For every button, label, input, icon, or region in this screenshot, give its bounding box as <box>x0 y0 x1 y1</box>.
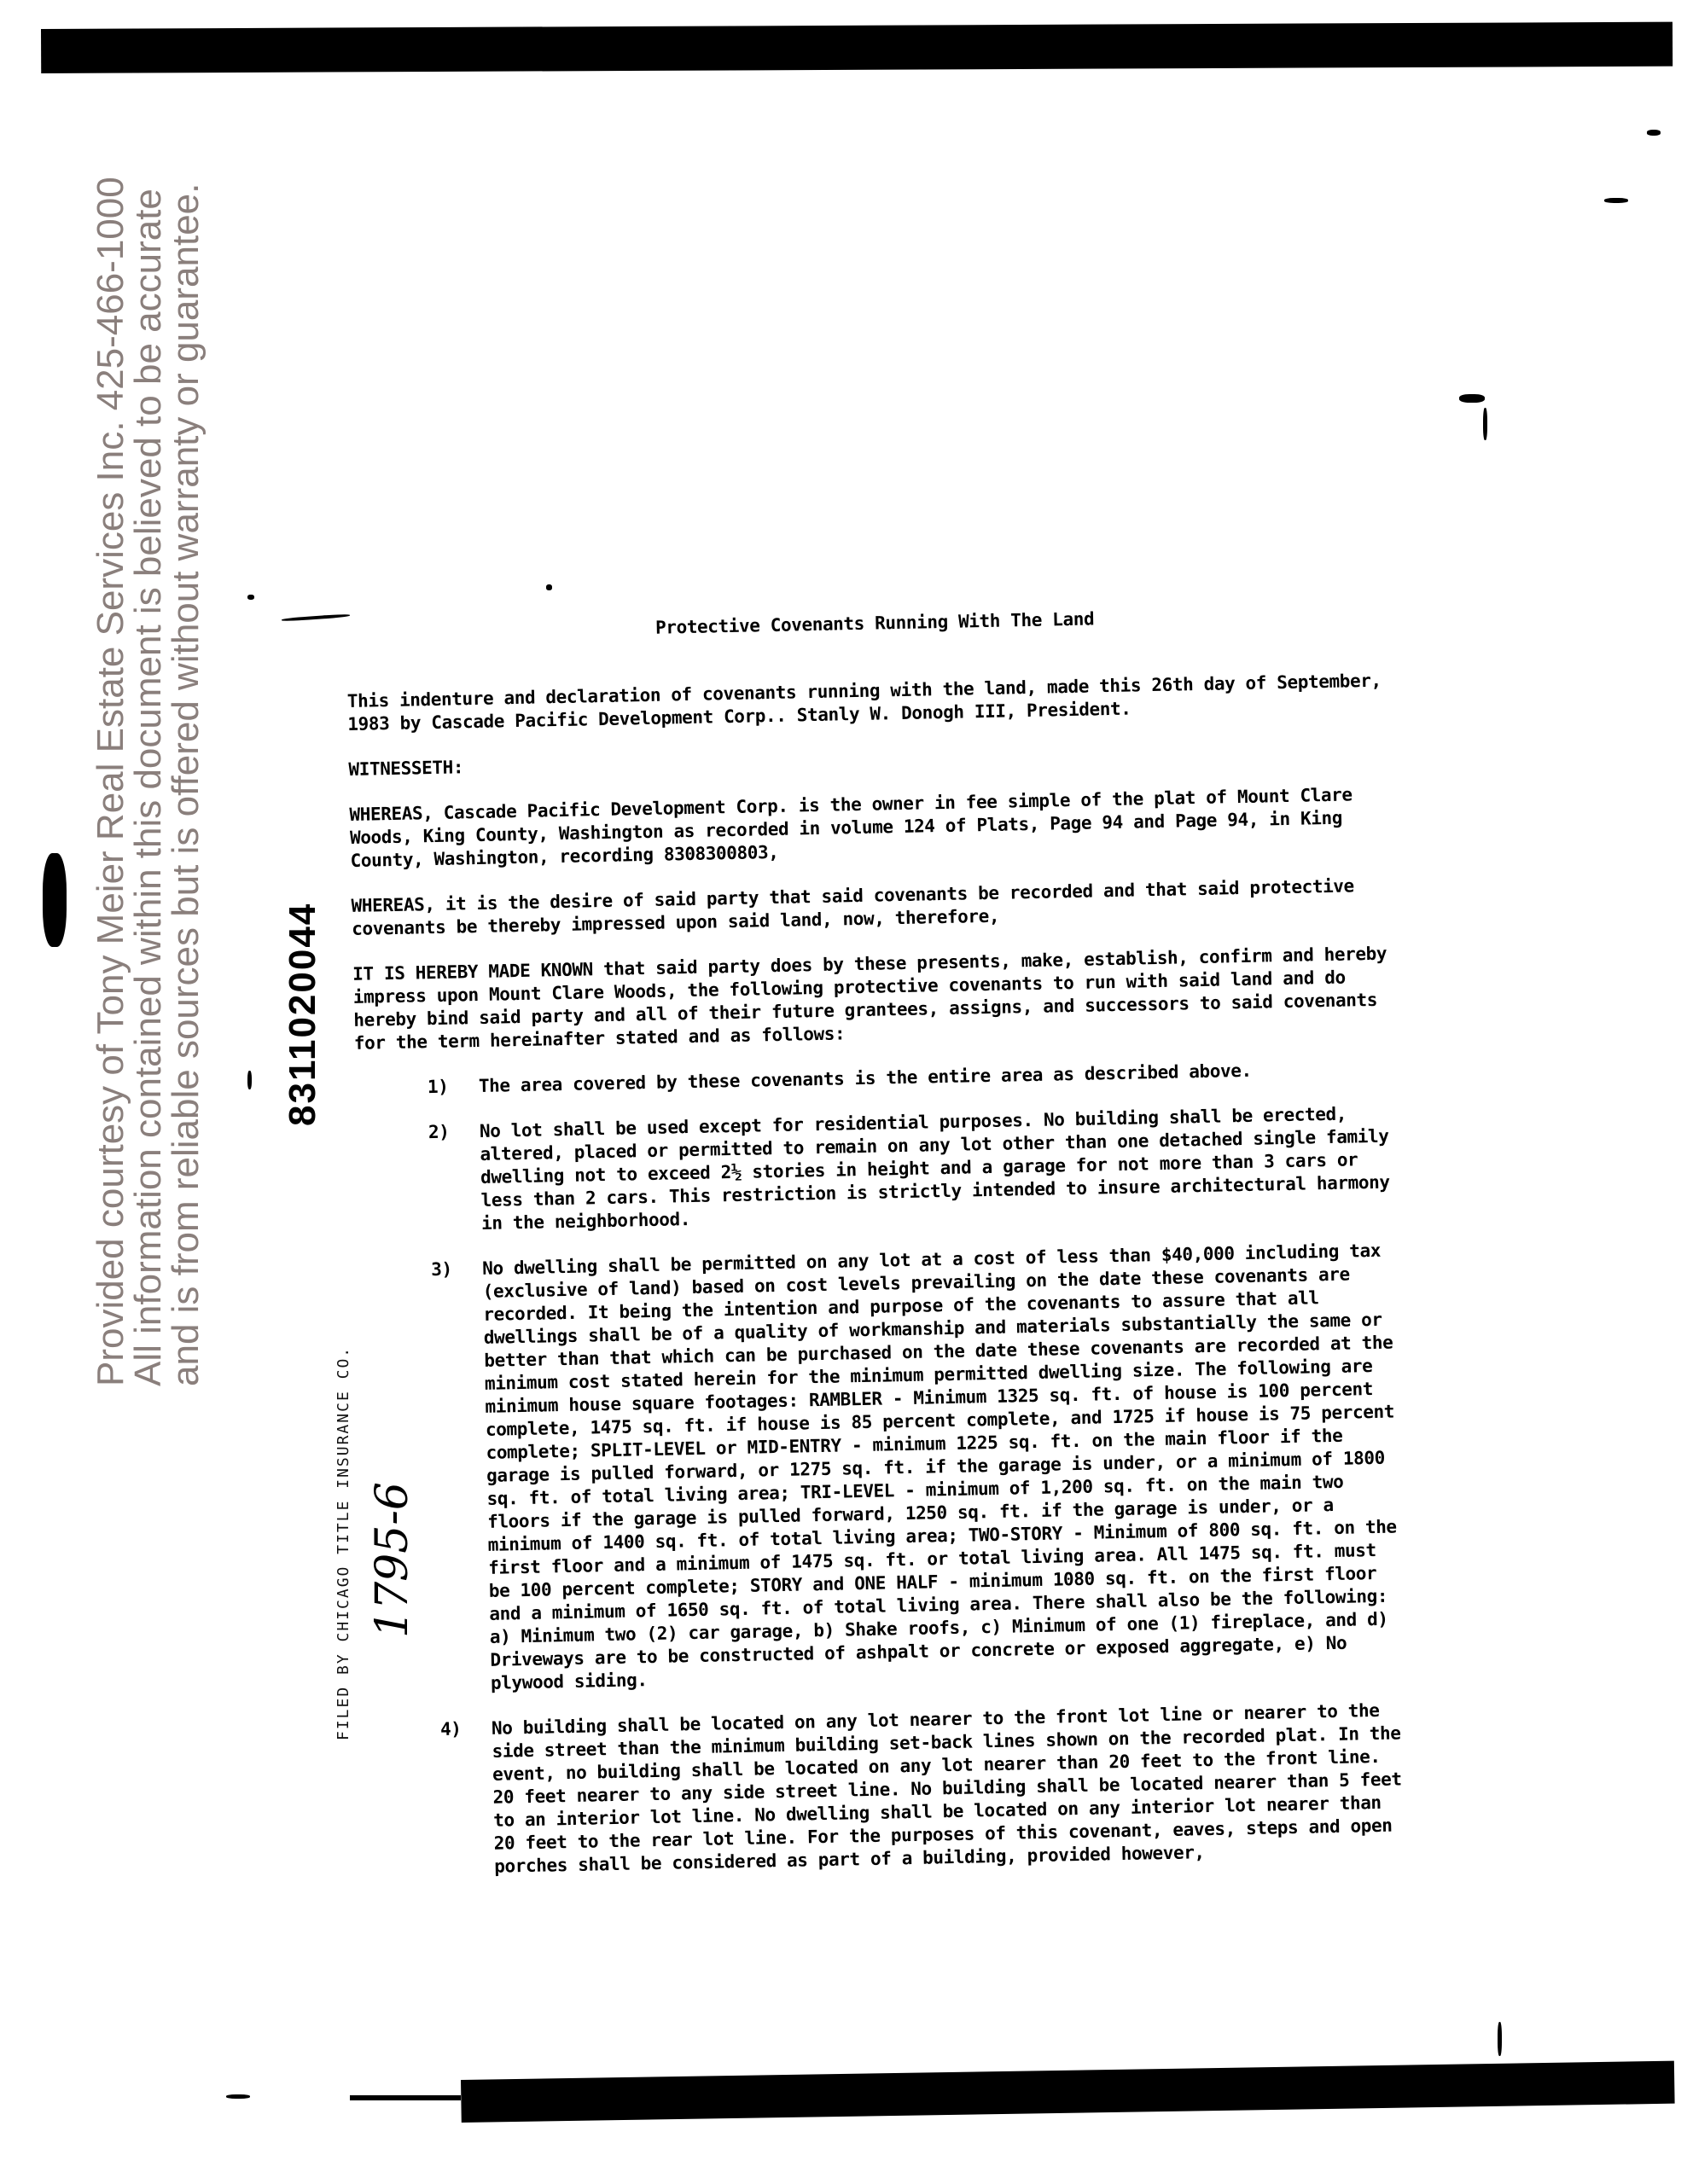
whereas-text: Cascade Pacific Development Corp. is the… <box>350 784 1353 871</box>
covenant-item: 1) The area covered by these covenants i… <box>355 1056 1413 1101</box>
courtesy-watermark: Provided courtesy of Tony Meier Real Est… <box>92 277 205 1386</box>
document-page: Protective Covenants Running With The La… <box>346 601 1429 1903</box>
scan-speck <box>247 595 254 600</box>
scan-mark <box>282 613 350 622</box>
covenant-item: 4) No building shall be located on any l… <box>368 1699 1429 1881</box>
whereas-label: WHEREAS, <box>349 803 433 825</box>
covenant-item: 2) No lot shall be used except for resid… <box>356 1101 1416 1238</box>
covenant-item: 3) No dwelling shall be permitted on any… <box>358 1239 1425 1698</box>
made-known-paragraph: IT IS HEREBY MADE KNOWN that said party … <box>352 942 1412 1055</box>
watermark-line: and is from reliable sources but is offe… <box>167 277 205 1386</box>
covenant-text: No dwelling shall be permitted on any lo… <box>482 1239 1425 1695</box>
whereas-paragraph-1: WHEREAS, Cascade Pacific Development Cor… <box>349 782 1408 873</box>
document-title: Protective Covenants Running With The La… <box>346 601 1404 646</box>
made-known-label: IT IS HEREBY MADE KNOWN <box>352 959 593 985</box>
intro-paragraph: This indenture and declaration of covena… <box>347 669 1406 736</box>
scan-speck <box>1483 408 1487 440</box>
covenant-number: 2) <box>356 1120 482 1238</box>
covenant-number: 1) <box>355 1075 480 1101</box>
recording-number: 8311020044 <box>282 903 324 1126</box>
scan-border-top <box>41 22 1672 73</box>
scan-border-bottom <box>461 2061 1675 2123</box>
covenant-number: 3) <box>358 1258 491 1698</box>
filing-stamp: FILED BY CHICAGO TITLE INSURANCE CO. <box>334 1346 352 1740</box>
scan-speck <box>247 1071 252 1089</box>
witnesseth-heading: WITNESSETH: <box>348 737 1406 781</box>
watermark-line: All information contained within this do… <box>130 277 167 1386</box>
covenant-text: No building shall be located on any lot … <box>492 1699 1429 1879</box>
scan-blot <box>43 853 67 947</box>
watermark-line: Provided courtesy of Tony Meier Real Est… <box>92 277 130 1386</box>
scan-speck <box>1498 2022 1502 2056</box>
scan-speck <box>1604 198 1628 203</box>
covenant-text: The area covered by these covenants is t… <box>479 1056 1413 1098</box>
scan-border-bottom-stub <box>350 2095 461 2100</box>
whereas-paragraph-2: WHEREAS, it is the desire of said party … <box>351 874 1410 941</box>
covenant-number: 4) <box>368 1717 495 1881</box>
whereas-text: it is the desire of said party that said… <box>352 875 1354 939</box>
scan-speck <box>1647 130 1661 136</box>
scan-speck <box>226 2094 250 2099</box>
made-known-text: that said party does by these presents, … <box>353 944 1387 1054</box>
whereas-label: WHEREAS, <box>351 894 434 916</box>
scan-speck <box>1459 394 1485 403</box>
covenant-text: No lot shall be used except for resident… <box>480 1101 1416 1235</box>
scan-speck <box>546 584 552 590</box>
